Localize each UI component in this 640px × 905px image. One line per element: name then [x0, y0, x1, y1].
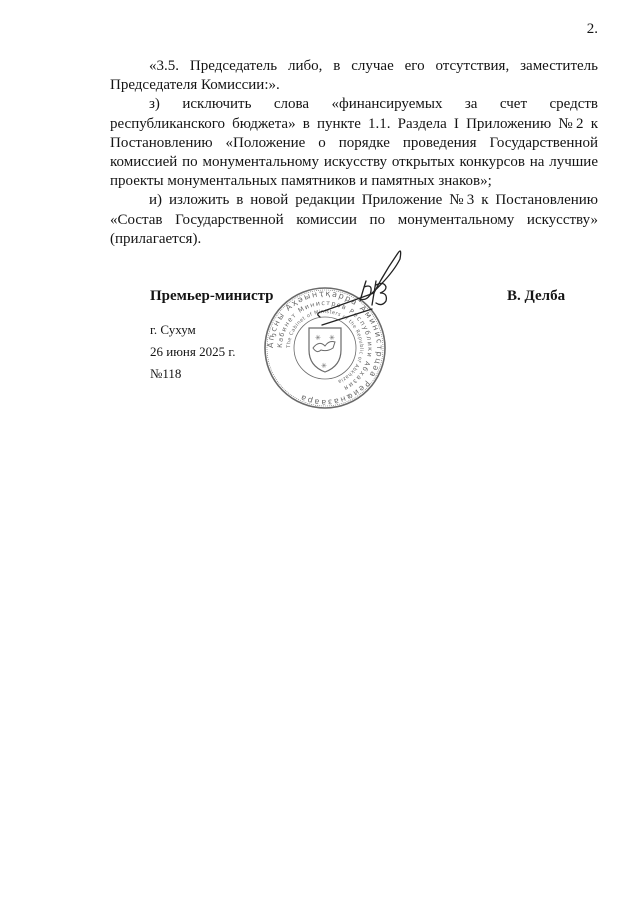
- handwritten-signature-icon: [300, 245, 420, 335]
- paragraph-3-5: «3.5. Председатель либо, в случае его от…: [110, 57, 598, 95]
- document-number: №118: [150, 366, 181, 382]
- svg-text:✳: ✳: [315, 334, 321, 342]
- signatory-name: В. Делба: [507, 287, 565, 306]
- signatory-title: Премьер-министр: [150, 287, 274, 306]
- page-number: 2.: [587, 20, 598, 39]
- svg-text:✳: ✳: [329, 334, 335, 342]
- svg-text:✳: ✳: [321, 362, 327, 370]
- paragraph-i: и) изложить в новой редакции Приложение …: [110, 191, 598, 249]
- issue-city: г. Сухум: [150, 322, 196, 338]
- paragraph-z: з) исключить слова «финансируемых за сче…: [110, 95, 598, 191]
- document-body: «3.5. Председатель либо, в случае его от…: [110, 57, 598, 249]
- issue-date: 26 июня 2025 г.: [150, 344, 235, 360]
